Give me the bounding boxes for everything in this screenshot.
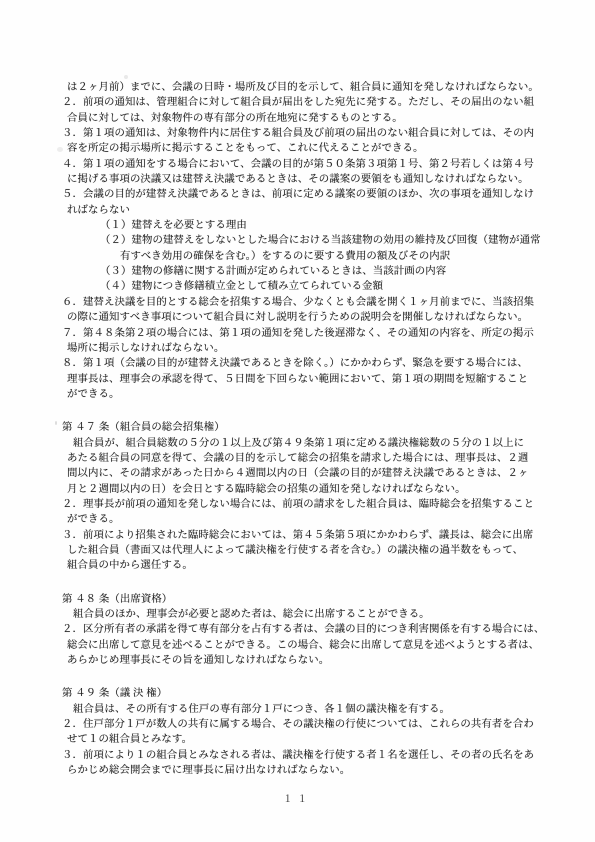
text-line: に掲げる事項の決議又は建替え決議であるときは、その議案の要領をも通知しなければな… bbox=[62, 172, 552, 187]
text-line: ５．会議の目的が建替え決議であるときは、前項に定める議案の要領のほか、次の事項を… bbox=[62, 187, 552, 202]
section-gap bbox=[62, 574, 552, 592]
text-line: （３）建物の修繕に関する計画が定められているときは、当該計画の内容 bbox=[62, 264, 552, 279]
text-line: ２．区分所有者の承諾を得て専有部分を占有する者は、会議の目的につき利害関係を有す… bbox=[62, 622, 552, 637]
text-line: ８．第１項（会議の目的が建替え決議であるときを除く。）にかかわらず、緊急を要する… bbox=[62, 356, 552, 371]
text-line: 総会に出席して意見を述べることができる。この場合、総会に出席して意見を述べようと… bbox=[62, 638, 552, 653]
text-line: ができる。 bbox=[62, 512, 552, 527]
text-line: らかじめ総会開会までに理事長に届け出なければならない。 bbox=[62, 763, 552, 778]
text-line: ができる。 bbox=[62, 387, 552, 402]
text-line: ６．建替え決議を目的とする総会を招集する場合、少なくとも会議を開く１ヶ月前までに… bbox=[62, 295, 552, 310]
text-line: せて１の組合員とみなす。 bbox=[62, 732, 552, 747]
text-line: 月と２週間以内の日）を会日とする臨時総会の招集の通知を発しなければならない。 bbox=[62, 482, 552, 497]
text-line: の際に通知すべき事項について組合員に対し説明を行うための説明会を開催しなければな… bbox=[62, 310, 552, 325]
section-gap bbox=[62, 402, 552, 420]
section-gap bbox=[62, 668, 552, 686]
scan-speck bbox=[124, 75, 128, 79]
document-text: は２ヶ月前）までに、会議の日時・場所及び目的を示して、組合員に通知を発しなければ… bbox=[62, 80, 552, 778]
document-page: は２ヶ月前）までに、会議の日時・場所及び目的を示して、組合員に通知を発しなければ… bbox=[0, 0, 595, 842]
text-line: あらかじめ理事長にその旨を通知しなければならない。 bbox=[62, 653, 552, 668]
text-line: （４）建物につき修繕積立金として積み立てられている金額 bbox=[62, 279, 552, 294]
article-heading: 第 ４７ 条（組合員の総会招集権） bbox=[62, 420, 552, 435]
text-line: 場所に掲示しなければならない。 bbox=[62, 341, 552, 356]
text-line: ２．理事長が前項の通知を発しない場合には、前項の請求をした組合員は、臨時総会を招… bbox=[62, 497, 552, 512]
text-line: （２）建物の建替えをしないとした場合における当該建物の効用の維持及び回復（建物が… bbox=[62, 233, 552, 248]
text-line: ３．第１項の通知は、対象物件内に居住する組合員及び前項の届出のない組合員に対して… bbox=[62, 126, 552, 141]
scan-speck bbox=[55, 421, 57, 425]
text-line: ３．前項により招集された臨時総会においては、第４５条第５項にかかわらず、議長は、… bbox=[62, 528, 552, 543]
text-line: あたる組合員の同意を得て、会議の目的を示して総会の招集を請求した場合には、理事長… bbox=[62, 451, 552, 466]
text-line: ２．前項の通知は、管理組合に対して組合員が届出をした宛先に発する。ただし、その届… bbox=[62, 95, 552, 110]
text-line: 理事長は、理事会の承認を得て、５日間を下回らない範囲において、第１項の期間を短縮… bbox=[62, 372, 552, 387]
text-line: 容を所定の掲示場所に掲示することをもって、これに代えることができる。 bbox=[62, 141, 552, 156]
text-line: ７．第４８条第２項の場合には、第１項の通知を発した後遅滞なく、その通知の内容を、… bbox=[62, 326, 552, 341]
text-line: は２ヶ月前）までに、会議の日時・場所及び目的を示して、組合員に通知を発しなければ… bbox=[62, 80, 552, 95]
text-line: ４．第１項の通知をする場合において、会議の目的が第５０条第３項第１号、第２号若し… bbox=[62, 157, 552, 172]
text-line: ればならない bbox=[62, 203, 552, 218]
text-line: （１）建替えを必要とする理由 bbox=[62, 218, 552, 233]
text-line: 組合員の中から選任する。 bbox=[62, 558, 552, 573]
text-line: 合員に対しては、対象物件の専有部分の所在地宛に発するものとする。 bbox=[62, 111, 552, 126]
text-line: ２．住戸部分１戸が数人の共有に属する場合、その議決権の行使については、これらの共… bbox=[62, 717, 552, 732]
page-number: １１ bbox=[0, 791, 595, 805]
text-line: 組合員は、その所有する住戸の専有部分１戸につき、各１個の議決権を有する。 bbox=[62, 702, 552, 717]
text-line: ３．前項により１の組合員とみなされる者は、議決権を行使する者１名を選任し、その者… bbox=[62, 748, 552, 763]
text-line: 間以内に、その請求があった日から４週間以内の日（会議の目的が建替え決議であるとき… bbox=[62, 466, 552, 481]
text-line: 組合員が、組合員総数の５分の１以上及び第４９条第１項に定める議決権総数の５分の１… bbox=[62, 436, 552, 451]
text-line: 組合員のほか、理事会が必要と認めた者は、総会に出席することができる。 bbox=[62, 607, 552, 622]
article-heading: 第 ４８ 条（出席資格） bbox=[62, 592, 552, 607]
article-heading: 第 ４９ 条（議 決 権） bbox=[62, 686, 552, 701]
text-line: 有すべき効用の確保を含む。）をするのに要する費用の額及びその内訳 bbox=[62, 249, 552, 264]
text-line: した組合員（書面又は代理人によって議決権を行使する者を含む。）の議決権の過半数を… bbox=[62, 543, 552, 558]
